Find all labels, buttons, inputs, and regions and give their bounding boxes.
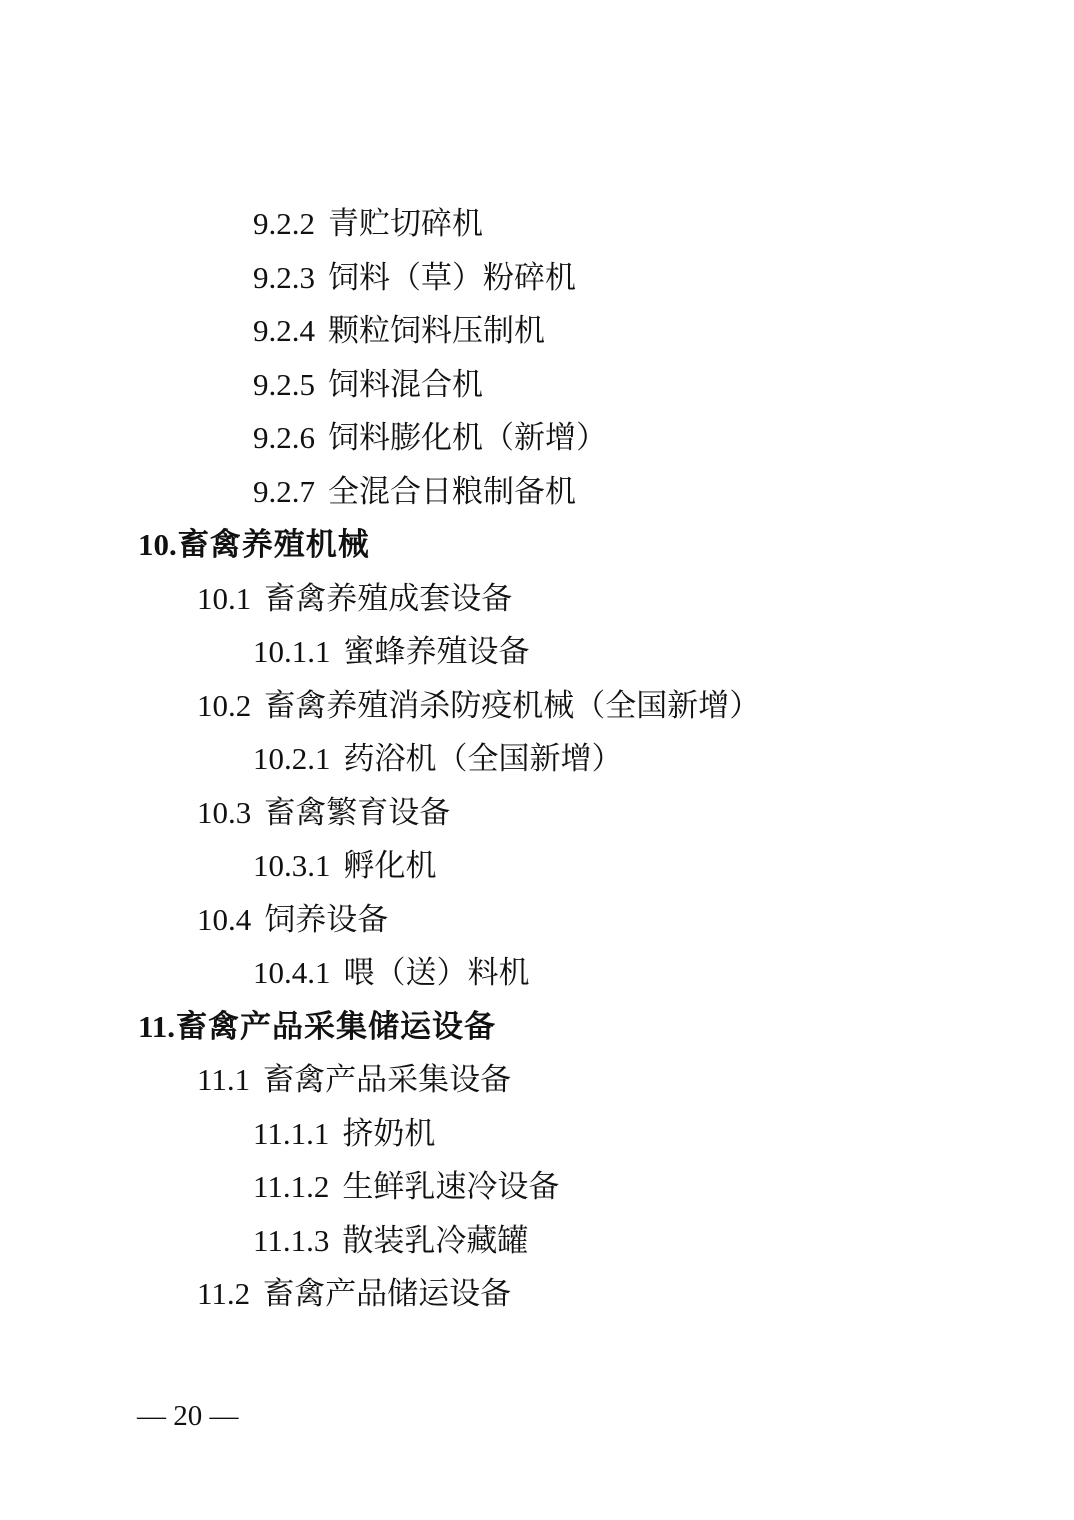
item-label: 畜禽产品储运设备 (263, 1267, 511, 1321)
list-item: 10.1.1 蜜蜂养殖设备 (0, 625, 1074, 679)
item-number: 11.1 (197, 1053, 250, 1107)
list-item: 9.2.4 颗粒饲料压制机 (0, 304, 1074, 358)
item-label: 散装乳冷藏罐 (342, 1214, 528, 1268)
item-number: 9.2.5 (253, 358, 315, 412)
list-item: 11.2 畜禽产品储运设备 (0, 1267, 1074, 1321)
item-label: 饲养设备 (264, 893, 388, 947)
list-item: 10.1 畜禽养殖成套设备 (0, 572, 1074, 626)
item-number: 10.1 (197, 572, 251, 626)
item-number: 11.1.3 (253, 1214, 329, 1268)
item-number: 10.3.1 (253, 839, 331, 893)
list-item: 10.2.1 药浴机（全国新增） (0, 732, 1074, 786)
item-number: 10.3 (197, 786, 251, 840)
item-number: 10.2.1 (253, 732, 331, 786)
list-item: 10.4 饲养设备 (0, 893, 1074, 947)
list-item: 11.1.2 生鲜乳速冷设备 (0, 1160, 1074, 1214)
item-number: 10.1.1 (253, 625, 331, 679)
section-label: 畜禽养殖机械 (178, 518, 370, 572)
list-item: 9.2.5 饲料混合机 (0, 358, 1074, 412)
item-number: 11.1.1 (253, 1107, 329, 1161)
list-item: 9.2.7 全混合日粮制备机 (0, 465, 1074, 519)
item-label: 畜禽养殖消杀防疫机械（全国新增） (264, 679, 760, 733)
list-item: 11.1.3 散装乳冷藏罐 (0, 1214, 1074, 1268)
item-label: 药浴机（全国新增） (344, 732, 623, 786)
item-label: 饲料膨化机（新增） (328, 411, 607, 465)
item-number: 9.2.4 (253, 304, 315, 358)
section-label: 畜禽产品采集储运设备 (176, 1000, 496, 1054)
item-label: 挤奶机 (342, 1107, 435, 1161)
item-label: 畜禽繁育设备 (264, 786, 450, 840)
item-label: 饲料混合机 (328, 358, 483, 412)
section-heading: 11. 畜禽产品采集储运设备 (0, 1000, 1074, 1054)
list-item: 9.2.6 饲料膨化机（新增） (0, 411, 1074, 465)
item-number: 9.2.7 (253, 465, 315, 519)
item-label: 青贮切碎机 (328, 197, 483, 251)
item-label: 畜禽养殖成套设备 (264, 572, 512, 626)
list-item: 10.4.1 喂（送）料机 (0, 946, 1074, 1000)
document-page: 9.2.2 青贮切碎机 9.2.3 饲料（草）粉碎机 9.2.4 颗粒饲料压制机… (0, 0, 1074, 1520)
item-label: 颗粒饲料压制机 (328, 304, 545, 358)
section-heading: 10. 畜禽养殖机械 (0, 518, 1074, 572)
item-number: 11.1.2 (253, 1160, 329, 1214)
list-item: 10.3.1 孵化机 (0, 839, 1074, 893)
document-body: 9.2.2 青贮切碎机 9.2.3 饲料（草）粉碎机 9.2.4 颗粒饲料压制机… (0, 197, 1074, 1321)
page-number: — 20 — (137, 1400, 239, 1433)
list-item: 9.2.3 饲料（草）粉碎机 (0, 251, 1074, 305)
item-number: 11.2 (197, 1267, 250, 1321)
list-item: 11.1.1 挤奶机 (0, 1107, 1074, 1161)
item-number: 9.2.2 (253, 197, 315, 251)
item-label: 畜禽产品采集设备 (263, 1053, 511, 1107)
item-number: 9.2.6 (253, 411, 315, 465)
item-number: 9.2.3 (253, 251, 315, 305)
item-label: 蜜蜂养殖设备 (344, 625, 530, 679)
list-item: 11.1 畜禽产品采集设备 (0, 1053, 1074, 1107)
item-number: 10.4.1 (253, 946, 331, 1000)
item-label: 生鲜乳速冷设备 (342, 1160, 559, 1214)
list-item: 9.2.2 青贮切碎机 (0, 197, 1074, 251)
item-label: 孵化机 (344, 839, 437, 893)
section-number: 10. (138, 518, 177, 572)
list-item: 10.3 畜禽繁育设备 (0, 786, 1074, 840)
item-number: 10.4 (197, 893, 251, 947)
section-number: 11. (138, 1000, 175, 1054)
item-label: 全混合日粮制备机 (328, 465, 576, 519)
list-item: 10.2 畜禽养殖消杀防疫机械（全国新增） (0, 679, 1074, 733)
item-label: 饲料（草）粉碎机 (328, 251, 576, 305)
item-label: 喂（送）料机 (344, 946, 530, 1000)
item-number: 10.2 (197, 679, 251, 733)
